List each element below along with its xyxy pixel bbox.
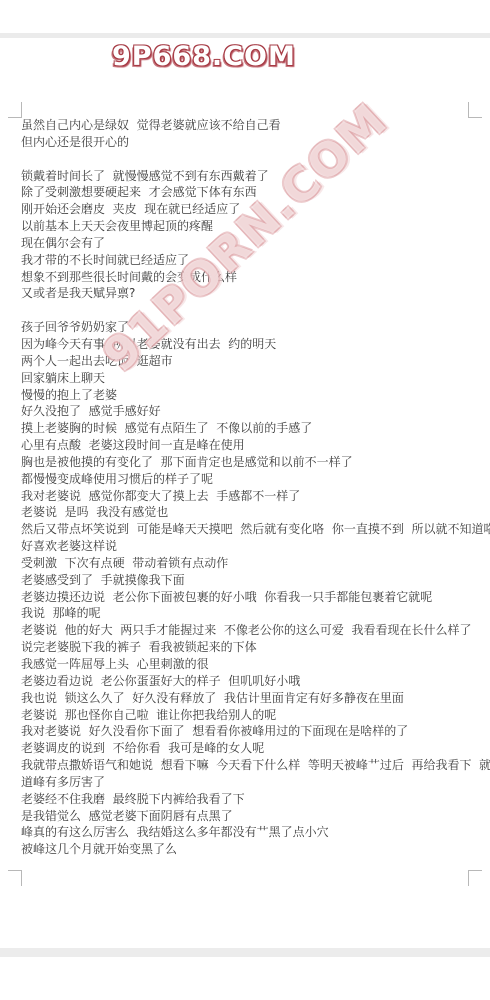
text-line: 又或者是我天赋异禀? — [21, 285, 490, 302]
text-line: 我说 那峰的呢 — [21, 605, 490, 622]
text-line: 我感觉一阵屈辱上头 心里刺激的很 — [21, 656, 490, 673]
document-page: 9P668.COM 虽然自己内心是绿奴 觉得老婆就应该不给自己看但内心还是很开心… — [0, 38, 490, 948]
page-gap-divider-bottom — [0, 948, 490, 957]
text-boundary-mark-bottom-left — [8, 870, 22, 886]
text-line: 说完老婆脱下我的裤子 看我被锁起来的下体 — [21, 639, 490, 656]
text-line: 因为峰今天有事 所以老婆就没有出去 约的明天 — [21, 336, 490, 353]
document-text-block: 虽然自己内心是绿奴 觉得老婆就应该不给自己看但内心还是很开心的 锁戴着时间长了 … — [21, 117, 490, 858]
text-line: 老婆调皮的说到 不给你看 我可是峰的女人呢 — [21, 740, 490, 757]
text-line: 慢慢的抱上了老婆 — [21, 387, 490, 404]
text-line: 回家躺床上聊天 — [21, 370, 490, 387]
text-line — [21, 302, 490, 319]
text-line: 我也说 锁这么久了 好久没有释放了 我估计里面肯定有好多静夜在里面 — [21, 690, 490, 707]
text-line: 峰真的有这么厉害么 我结婚这么多年都没有艹黑了点小穴 — [21, 824, 490, 841]
text-line: 现在偶尔会有了 — [21, 235, 490, 252]
text-line: 好喜欢老婆这样说 — [21, 538, 490, 555]
text-line: 是我错觉么 感觉老婆下面阴唇有点黑了 — [21, 808, 490, 825]
text-line: 两个人一起出去吃饭 逛超市 — [21, 353, 490, 370]
text-boundary-mark-bottom-right — [468, 870, 482, 886]
text-line: 老婆边看边说 老公你蛋蛋好大的样子 但叽叽好小哦 — [21, 673, 490, 690]
site-logo-watermark: 9P668.COM — [112, 41, 296, 72]
text-line: 除了受刺激想要硬起来 才会感觉下体有东西 — [21, 184, 490, 201]
text-line: 受刺激 下次有点硬 带动着锁有点动作 — [21, 555, 490, 572]
text-line: 老婆边摸还边说 老公你下面被包裹的好小哦 你看我一只手都能包裹着它就呢 — [21, 589, 490, 606]
text-line: 我对老婆说 好久没看你下面了 想看看你被峰用过的下面现在是啥样的了 — [21, 723, 490, 740]
text-line: 我才带的不长时间就已经适应了 — [21, 252, 490, 269]
text-line: 我就带点撒娇语气和她说 想看下嘛 今天看下什么样 等明天被峰艹过后 再给我看下 … — [21, 757, 490, 774]
text-line: 老婆说 是吗 我没有感觉也 — [21, 504, 490, 521]
text-line: 被峰这几个月就开始变黑了么 — [21, 841, 490, 858]
text-line: 我对老婆说 感觉你都变大了摸上去 手感都不一样了 — [21, 488, 490, 505]
previous-page-bottom — [0, 0, 490, 33]
text-line: 刚开始还会磨皮 夹皮 现在就已经适应了 — [21, 201, 490, 218]
text-line: 好久没抱了 感觉手感好好 — [21, 403, 490, 420]
text-line: 虽然自己内心是绿奴 觉得老婆就应该不给自己看 — [21, 117, 490, 134]
text-boundary-mark-top-left — [8, 102, 22, 118]
text-line: 心里有点酸 老婆这段时间一直是峰在使用 — [21, 437, 490, 454]
text-line: 老婆感受到了 手就摸像我下面 — [21, 572, 490, 589]
text-line: 摸上老婆胸的时候 感觉有点陌生了 不像以前的手感了 — [21, 420, 490, 437]
next-page-top — [0, 957, 490, 1000]
text-line — [21, 151, 490, 168]
text-line: 老婆说 他的好大 两只手才能握过来 不像老公你的这么可爱 我看看现在长什么样了 — [21, 622, 490, 639]
text-line: 但内心还是很开心的 — [21, 134, 490, 151]
text-line: 想象不到那些很长时间戴的会变成什么样 — [21, 269, 490, 286]
text-boundary-mark-top-right — [468, 102, 482, 118]
text-line: 然后又带点坏笑说到 可能是峰天天摸吧 然后就有变化咯 你一直摸不到 所以就不知道… — [21, 521, 490, 538]
text-line: 都慢慢变成峰使用习惯后的样子了呢 — [21, 471, 490, 488]
text-line: 以前基本上天天会夜里博起顶的疼醒 — [21, 218, 490, 235]
text-line: 道峰有多厉害了 — [21, 774, 490, 791]
text-line: 孩子回爷爷奶奶家了 — [21, 319, 490, 336]
screenshot-root: 9P668.COM 虽然自己内心是绿奴 觉得老婆就应该不给自己看但内心还是很开心… — [0, 0, 490, 1000]
text-line: 锁戴着时间长了 就慢慢感觉不到有东西戴着了 — [21, 168, 490, 185]
text-line: 老婆经不住我磨 最终脱下内裤给我看了下 — [21, 791, 490, 808]
text-line: 老婆说 那也怪你自己啦 谁让你把我给别人的呢 — [21, 707, 490, 724]
text-line: 胸也是被他摸的有变化了 那下面肯定也是感觉和以前不一样了 — [21, 454, 490, 471]
